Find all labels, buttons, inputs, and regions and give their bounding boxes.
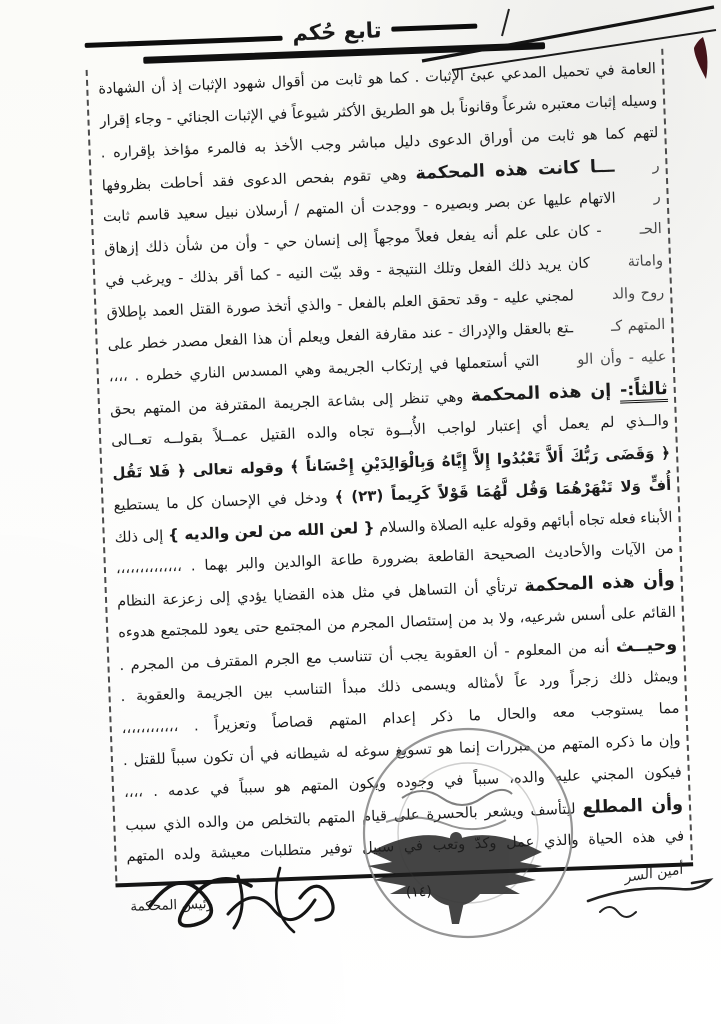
text-segment: ودخل في الإحسان كل ما يستطيع [113, 489, 335, 514]
text-segment: أُفٍّ وَلا تَنْهَرْهُمَا وَقُل لَّهُمَا … [334, 476, 671, 506]
text-segment: الحـ [639, 220, 662, 238]
fold-gap [602, 234, 640, 235]
text-segment: وأن المطلع [582, 795, 683, 819]
text-segment: وأن هذه المحكمة [524, 571, 675, 597]
fold-gap [539, 364, 577, 365]
fold-gap [615, 170, 653, 171]
text-segment: ـــا كانت هذه المحكمة [415, 157, 615, 184]
page-title: تابع حُكم [292, 18, 382, 46]
text-segment: ر [652, 157, 660, 174]
text-segment: ثالثاً:- [620, 379, 669, 404]
fold-gap [574, 299, 612, 300]
sheet-content: تابع حُكم العامة في تحميل المدعي عبئ الإ… [84, 5, 694, 916]
text-segment: إن هذه المحكمة [470, 381, 620, 406]
text-segment: ر [653, 188, 661, 205]
text-segment: إلى ذلك [114, 527, 168, 546]
red-binder-mark [694, 37, 707, 79]
scanned-court-judgment-page: تابع حُكم العامة في تحميل المدعي عبئ الإ… [0, 0, 721, 1024]
court-president-label: رئيس المحكمة [130, 896, 213, 915]
text-segment: المتهم كـ [611, 316, 666, 335]
text-segment: روح والد [612, 284, 665, 303]
fold-gap [616, 201, 654, 202]
text-segment: وحيــث [616, 635, 678, 657]
fold-gap [573, 331, 611, 332]
header-rule-left [85, 35, 283, 47]
text-segment: الأبناء فعله تجاه أبائهم وقوله عليه الصل… [374, 509, 672, 537]
page-number: (١٤) [406, 884, 433, 901]
fold-gap [590, 266, 628, 267]
text-segment: { لعن الله من لعن والديه } [168, 519, 375, 545]
header-rule-right [391, 23, 477, 31]
text-segment: واماتة [627, 252, 663, 270]
text-frame: العامة في تحميل المدعي عبئ الإثبات . كما… [86, 49, 693, 882]
text-segment: عليه - وأن الو [577, 348, 667, 368]
body-text: العامة في تحميل المدعي عبئ الإثبات . كما… [98, 53, 685, 873]
